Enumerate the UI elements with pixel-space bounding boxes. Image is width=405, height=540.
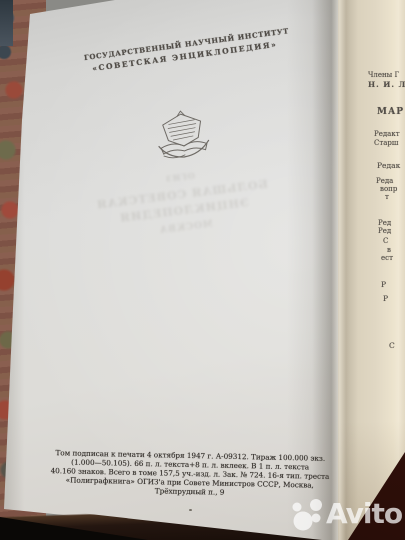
right-page-fragment: т — [385, 193, 389, 201]
avito-watermark: Avito — [289, 497, 402, 533]
right-page-fragment: Старш — [374, 139, 398, 147]
right-page-fragment: С — [389, 341, 395, 350]
right-page-fragment: Члены Г — [368, 71, 399, 79]
avito-logo-icon — [289, 497, 323, 533]
right-page-fragment: С — [383, 237, 388, 245]
dust-speck — [189, 509, 192, 511]
avito-watermark-label: Avito — [326, 499, 402, 529]
book-photo: { "left_page": { "header": { "line1": "Г… — [0, 0, 405, 540]
right-page-fragment: Ред — [378, 227, 391, 235]
right-page-fragment: Р — [381, 280, 386, 289]
right-page-fragment: Редак — [377, 161, 400, 170]
right-page-fragment: Ред — [378, 219, 391, 227]
right-page-fragment: Р — [383, 294, 388, 303]
right-page-fragment: Реда — [376, 177, 393, 185]
publisher-emblem-icon — [148, 106, 217, 166]
right-page-fragment: МАР — [377, 107, 404, 117]
colophon-block: Том подписан к печати 4 октября 1947 г. … — [42, 448, 339, 499]
right-page-fragment: вопр — [380, 185, 397, 193]
right-page-fragment: Редакт — [374, 130, 400, 138]
right-page-fragment: в — [387, 246, 391, 254]
right-page-fragment: Н. И. Л — [368, 80, 405, 89]
background-slate-object — [0, 0, 13, 46]
right-page-fragment: ест — [381, 254, 393, 262]
